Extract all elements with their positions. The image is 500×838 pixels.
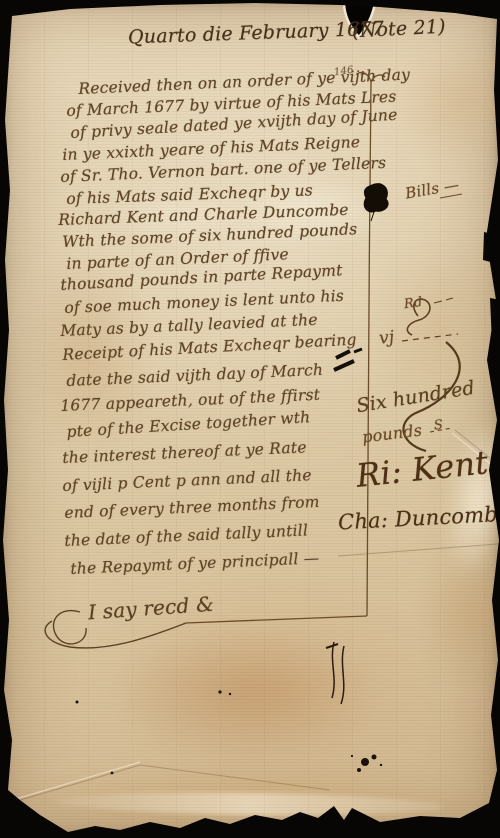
manuscript-line: date the said vijth day of March xyxy=(66,361,323,390)
ink-blot-margin xyxy=(364,184,388,221)
ink-squiggles-bottom xyxy=(326,642,344,704)
signature-duncombe: Cha: Duncombe xyxy=(337,502,500,535)
amount-words-line1: Six hundred xyxy=(355,377,476,417)
torn-flap-highlight-bottom xyxy=(55,790,445,817)
manuscript-line: the Repaymt of ye principall — xyxy=(70,549,320,578)
manuscript-line: end of every three months from xyxy=(64,493,320,522)
stain-bottom-center xyxy=(115,625,380,760)
edge-nick-right-2 xyxy=(490,298,500,346)
amount-numeral: vj xyxy=(378,327,395,348)
header-note-number: (Note 21) xyxy=(351,16,446,43)
amount-suffix: S xyxy=(433,418,444,434)
bills-label: Bills — xyxy=(404,175,461,202)
received-monogram: Rd xyxy=(403,295,423,312)
stain-right-signatures xyxy=(420,550,500,680)
signature-kent: Ri: Kent xyxy=(354,443,490,495)
manuscript-photo: Quarto die February 1677 (Note 21) 146 R… xyxy=(0,0,500,838)
stain-bottom-band xyxy=(30,770,460,825)
amount-dashes xyxy=(402,334,458,341)
edge-nick-right-1 xyxy=(483,232,500,264)
manuscript-paper: Quarto die February 1677 (Note 21) 146 R… xyxy=(0,0,500,838)
ink-speckles xyxy=(76,690,383,774)
tally-marks xyxy=(334,349,362,370)
manuscript-line: of vijli p Cent p ann and all the xyxy=(62,466,312,495)
header-date: Quarto die February 1677 xyxy=(128,18,385,49)
manuscript-line: the date of the said tally untill xyxy=(64,521,308,550)
amount-words-line2: pounds xyxy=(361,420,423,446)
stain-top-right xyxy=(395,35,500,165)
manuscript-line: the interest thereof at ye Rate xyxy=(62,438,307,467)
closing-line: I say recd & xyxy=(87,592,214,625)
